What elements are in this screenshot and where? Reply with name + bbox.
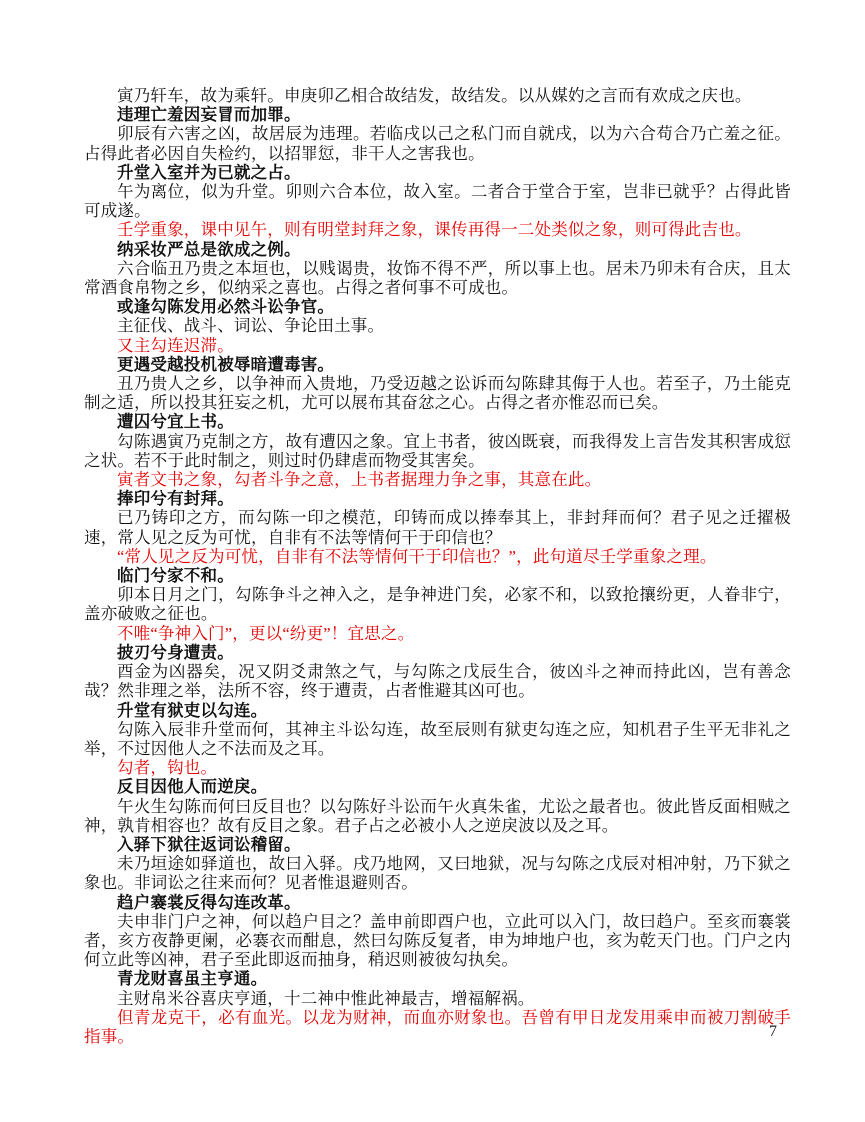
body-paragraph: 主财帛米谷喜庆亨通，十二神中惟此神最吉，增福解祸。	[84, 989, 791, 1008]
section-heading: 升堂入室并为已就之占。	[84, 163, 791, 182]
body-paragraph: 未乃垣途如驿道也，故曰入驿。戌乃地网，又曰地狱，况与勾陈之戊辰对相冲射，乃下狱之…	[84, 854, 791, 892]
section-heading: 青龙财喜虽主亨通。	[84, 969, 791, 988]
section-heading: 临门兮家不和。	[84, 566, 791, 585]
red-annotation: 又主勾连迟滞。	[84, 336, 791, 355]
body-paragraph: 主征伐、战斗、词讼、争论田土事。	[84, 316, 791, 335]
body-paragraph: 午为离位，似为升堂。卯则六合本位，故入室。二者合于堂合于室，岂非已就乎？占得此皆…	[84, 182, 791, 220]
body-paragraph: 寅乃轩车，故为乘轩。申庚卯乙相合故结发，故结发。以从媒妁之言而有欢成之庆也。	[84, 86, 791, 105]
red-annotation: “常人见之反为可忧，自非有不法等情何干于印信也？”，此句道尽壬学重象之理。	[84, 547, 791, 566]
body-paragraph: 已乃铸印之方，而勾陈一印之模范，印铸而成以捧奉其上，非封拜而何？君子见之迁擢极速…	[84, 508, 791, 546]
body-paragraph: 夫申非门户之神，何以趋户目之？盖申前即酉户也，立此可以入门，故曰趋户。至亥而褰裳…	[84, 912, 791, 970]
section-heading: 入驿下狱往返词讼稽留。	[84, 835, 791, 854]
red-annotation: 壬学重象，课中见午，则有明堂封拜之象，课传再得一二处类似之象，则可得此吉也。	[84, 220, 791, 239]
section-heading: 违理亡羞因妄冒而加罪。	[84, 105, 791, 124]
document-text-block: 寅乃轩车，故为乘轩。申庚卯乙相合故结发，故结发。以从媒妁之言而有欢成之庆也。违理…	[84, 86, 791, 1046]
body-paragraph: 丑乃贵人之乡，以争神而入贵地，乃受迈越之讼诉而勾陈肆其侮于人也。若至子，乃土能克…	[84, 374, 791, 412]
section-heading: 更遇受越投机被辱暗遭毒害。	[84, 355, 791, 374]
document-page: { "page": { "number": "7", "colors": { "…	[0, 0, 865, 1122]
red-annotation: 勾者，钩也。	[84, 758, 791, 777]
body-paragraph: 六合临丑乃贵之本垣也，以贱谒贵，妆饰不得不严，所以事上也。居未乃卯未有合庆，且太…	[84, 259, 791, 297]
red-annotation: 但青龙克干，必有血光。以龙为财神，而血亦财象也。吾曾有甲日龙发用乘申而被刀割破手…	[84, 1008, 791, 1046]
body-paragraph: 卯辰有六害之凶，故居辰为违理。若临戌以己之私门而自就戌，以为六合苟合乃亡羞之征。…	[84, 124, 791, 162]
section-heading: 遭囚兮宜上书。	[84, 412, 791, 431]
red-annotation: 不唯“争神入门”，更以“纷更”！宜思之。	[84, 624, 791, 643]
page-number: 7	[758, 1023, 788, 1041]
body-paragraph: 卯本日月之门，勾陈争斗之神入之，是争神进门矣，必家不和，以致抢攘纷更，人眷非宁，…	[84, 585, 791, 623]
red-annotation: 寅者文书之象，勾者斗争之意，上书者据理力争之事，其意在此。	[84, 470, 791, 489]
section-heading: 或逢勾陈发用必然斗讼争官。	[84, 297, 791, 316]
section-heading: 捧印兮有封拜。	[84, 489, 791, 508]
section-heading: 披刃兮身遭责。	[84, 643, 791, 662]
body-paragraph: 勾陈遇寅乃克制之方，故有遭囚之象。宜上书者，彼凶既衰，而我得发上言告发其积害成愆…	[84, 432, 791, 470]
body-paragraph: 勾陈入辰非升堂而何，其神主斗讼勾连，故至辰则有狱吏勾连之应，知机君子生平无非礼之…	[84, 720, 791, 758]
section-heading: 纳采妆严总是欲成之例。	[84, 240, 791, 259]
section-heading: 反目因他人而逆戾。	[84, 777, 791, 796]
section-heading: 趋户褰裳反得勾连改革。	[84, 893, 791, 912]
body-paragraph: 酉金为凶器矣，况又阴爻肃煞之气，与勾陈之戊辰生合，彼凶斗之神而持此凶，岂有善念哉…	[84, 662, 791, 700]
body-paragraph: 午火生勾陈而何曰反目也？以勾陈好斗讼而午火真朱雀，尤讼之最者也。彼此皆反面相贼之…	[84, 797, 791, 835]
section-heading: 升堂有狱吏以勾连。	[84, 701, 791, 720]
